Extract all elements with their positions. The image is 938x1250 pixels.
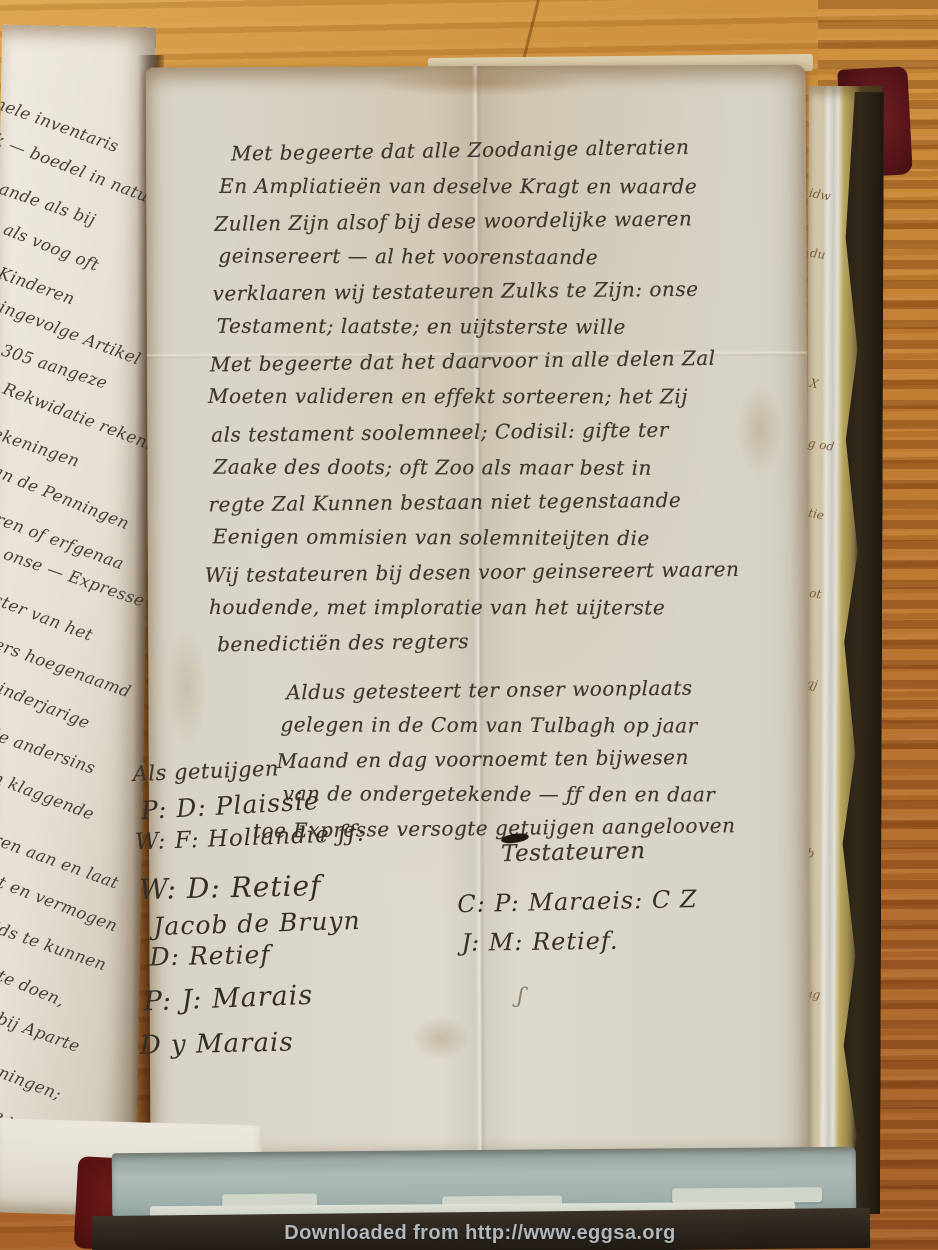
left-page-text-fragment: wel bij Aparte	[0, 996, 83, 1056]
witness-signature: D: Retief	[149, 940, 271, 972]
witness-signature: W: F: Hollandie ƒƒ:	[135, 820, 367, 855]
edge-ink-fragment: du	[809, 246, 826, 262]
edge-ink-fragment: ot	[808, 586, 822, 602]
manuscript-line: Moeten valideren en effekt sorteeren; he…	[208, 384, 688, 408]
testator-heading: Testateuren	[501, 838, 646, 867]
testator-signature: J: M: Retief.	[461, 927, 618, 957]
edge-ink-fragment: g od	[807, 436, 835, 454]
repair-tape-piece	[672, 1187, 822, 1203]
witness-signature: D y Marais	[140, 1027, 294, 1060]
witness-heading: Als getuijgen	[132, 756, 279, 786]
manuscript-line: benedictiën des regters	[217, 629, 469, 656]
paper-stain	[376, 70, 586, 97]
manuscript-line: Zullen Zijn alsof bij dese woordelijke w…	[214, 206, 692, 235]
manuscript-line: geinsereert — al het voorenstaande	[218, 243, 598, 269]
eggsa-watermark-text: Downloaded from http://www.eggsa.org	[100, 1222, 860, 1245]
manuscript-line: Wij testateuren bij desen voor geinseree…	[205, 557, 740, 587]
edge-ink-fragment: X	[808, 376, 819, 391]
manuscript-line: houdende, met imploratie van het uijters…	[209, 595, 665, 619]
witness-signature: Jacob de Bruyn	[153, 906, 361, 941]
manuscript-line: Met begeerte dat het daarvoor in alle de…	[210, 346, 716, 377]
manuscript-line: Eenigen ommisien van solemniteijten die	[213, 524, 650, 550]
left-page-text-fragment: t rekeningen;	[0, 1044, 64, 1104]
testator-signature: C: P: Maraeis: C Z	[457, 885, 698, 918]
manuscript-line: Aldus getesteert ter onser woonplaats	[286, 676, 692, 705]
manuscript-line: regte Zal Kunnen bestaan niet tegenstaan…	[208, 488, 681, 517]
edge-ink-fragment: tie	[807, 506, 825, 523]
manuscript-line: verklaaren wij testateuren Zulks te Zijn…	[212, 277, 698, 306]
manuscript-line: Maand en dag voornoemt ten bijwesen	[277, 745, 690, 773]
witness-signature: W: D: Retief	[139, 869, 322, 906]
flourish-mark: ʃ	[516, 984, 525, 1010]
paper-stain	[737, 385, 783, 475]
witness-signature: P: J: Marais	[143, 980, 314, 1018]
photo-of-manuscript-page: ssionele inventaris lijk — boedel in nat…	[0, 0, 938, 1250]
manuscript-line: Met begeerte dat alle Zoodanige alterati…	[231, 135, 690, 166]
manuscript-line: gelegen in de Com van Tulbagh op jaar	[280, 712, 697, 737]
edge-ink-fragment: idw	[808, 186, 832, 204]
manuscript-line: als testament soolemneel; Codisil: gifte…	[211, 418, 669, 447]
paper-stain	[412, 1016, 470, 1060]
manuscript-line: En Ampliatieën van deselve Kragt en waar…	[219, 174, 697, 198]
manuscript-line: Testament; laatste; en uijtsterste wille	[217, 314, 626, 339]
manuscript-line: van de ondergetekende — ƒƒ den en daar	[283, 781, 716, 806]
manuscript-line: Zaake des doots; oft Zoo als maar best i…	[213, 455, 652, 480]
main-manuscript-page: Met begeerte dat alle Zoodanige alterati…	[146, 65, 811, 1164]
paper-stain	[166, 627, 207, 747]
